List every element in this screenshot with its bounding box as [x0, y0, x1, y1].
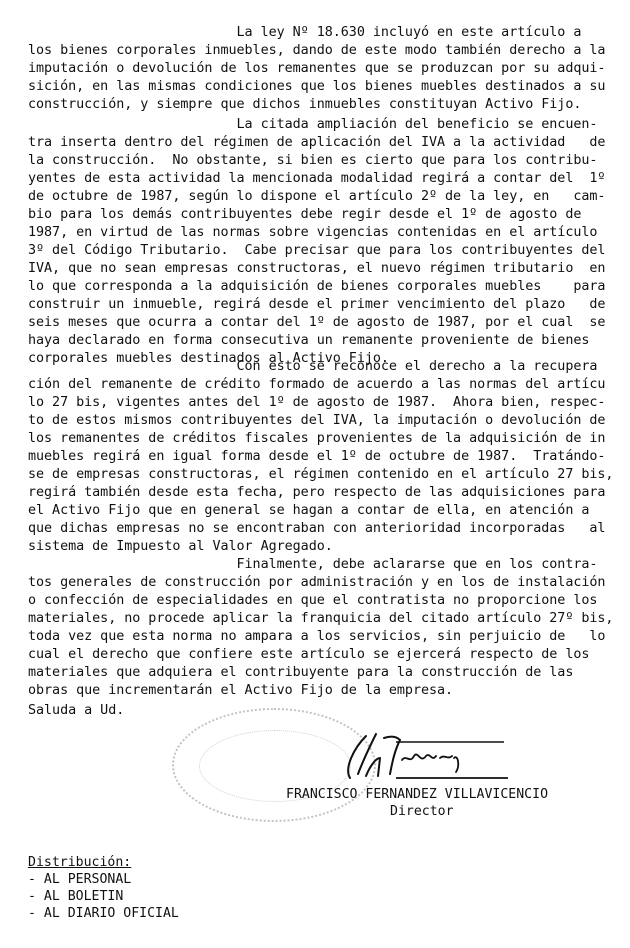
text-line: la construcción. No obstante, si bien es… [28, 152, 597, 170]
distribution-item: - AL BOLETIN [28, 888, 179, 905]
text-line: 1987, en virtud de las normas sobre vige… [28, 224, 597, 242]
text-line: el Activo Fijo que en general se hagan a… [28, 502, 589, 520]
text-line: yentes de esta actividad la mencionada m… [28, 170, 605, 188]
signatory-name: FRANCISCO FERNANDEZ VILLAVICENCIO [286, 787, 548, 802]
text-line: o confección de especialidades en que el… [28, 592, 597, 610]
text-line: Con esto se reconoce el derecho a la rec… [28, 358, 597, 376]
document-page: La ley Nº 18.630 incluyó en este artícul… [0, 0, 630, 948]
text-line: construir un inmueble, regirá desde el p… [28, 296, 605, 314]
text-line: tos generales de construcción por admini… [28, 574, 605, 592]
text-line: bio para los demás contribuyentes debe r… [28, 206, 581, 224]
text-line: La citada ampliación del beneficio se en… [28, 116, 597, 134]
text-line: obras que incrementarán el Activo Fijo d… [28, 682, 453, 700]
text-line: La ley Nº 18.630 incluyó en este artícul… [28, 24, 581, 42]
text-line: regirá también desde esta fecha, pero re… [28, 484, 605, 502]
text-line: 3º del Código Tributario. Cabe precisar … [28, 242, 605, 260]
text-line: cual el derecho que confiere este artícu… [28, 646, 589, 664]
text-line: imputación o devolución de los remanente… [28, 60, 605, 78]
text-line: ción del remanente de crédito formado de… [28, 376, 605, 394]
text-line: sición, en las mismas condiciones que lo… [28, 78, 605, 96]
signatory-title: Director [390, 804, 454, 819]
distribution-item: - AL DIARIO OFICIAL [28, 905, 179, 922]
text-line: tra inserta dentro del régimen de aplica… [28, 134, 605, 152]
text-line: que dichas empresas no se encontraban co… [28, 520, 605, 538]
text-line: se de empresas constructoras, el régimen… [28, 466, 613, 484]
closing-salutation: Saluda a Ud. [28, 702, 124, 720]
distribution-header: Distribución: [28, 854, 179, 871]
text-line: to de estos mismos contribuyentes del IV… [28, 412, 605, 430]
distribution-list: Distribución: - AL PERSONAL - AL BOLETIN… [28, 854, 179, 922]
text-line: Finalmente, debe aclararse que en los co… [28, 556, 597, 574]
distribution-item: - AL PERSONAL [28, 871, 179, 888]
text-line: toda vez que esta norma no ampara a los … [28, 628, 605, 646]
text-line: los bienes corporales inmuebles, dando d… [28, 42, 605, 60]
text-line: construcción, y siempre que dichos inmue… [28, 96, 581, 114]
text-line: de octubre de 1987, según lo dispone el … [28, 188, 605, 206]
text-line: materiales, no procede aplicar la franqu… [28, 610, 613, 628]
text-line: materiales que adquiera el contribuyente… [28, 664, 573, 682]
text-line: muebles regirá en igual forma desde el 1… [28, 448, 605, 466]
text-line: haya declarado en forma consecutiva un r… [28, 332, 589, 350]
text-line: seis meses que ocurra a contar del 1º de… [28, 314, 605, 332]
text-line: los remanentes de créditos fiscales prov… [28, 430, 605, 448]
text-line: sistema de Impuesto al Valor Agregado. [28, 538, 333, 556]
handwritten-signature [336, 728, 516, 788]
text-line: lo 27 bis, vigentes antes del 1º de agos… [28, 394, 605, 412]
text-line: lo que corresponda a la adquisición de b… [28, 278, 605, 296]
text-line: IVA, que no sean empresas constructoras,… [28, 260, 605, 278]
